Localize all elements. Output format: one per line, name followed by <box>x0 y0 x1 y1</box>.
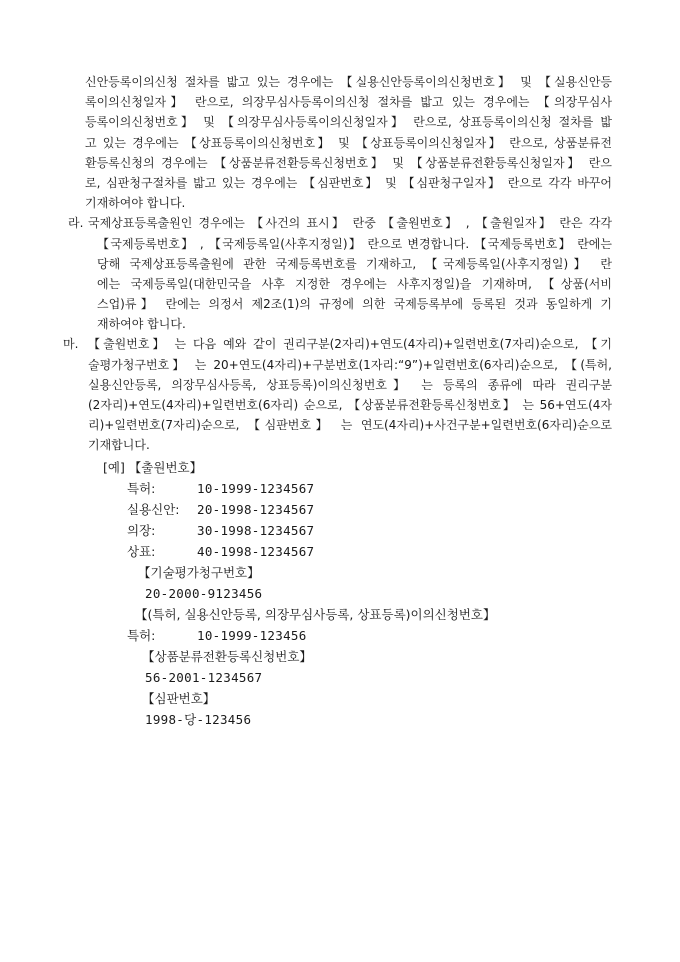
document-page: 신안등록이의신청 절차를 밟고 있는 경우에는 【실용신안등록이의신청번호】 및… <box>0 0 680 962</box>
text-line: 고 있는 경우에는 【상표등록이의신청번호】 및 【상표등록이의신청일자】 란으… <box>85 133 612 153</box>
example-row-label: 특허: <box>127 478 197 499</box>
example-row-value: 10-1999-1234567 <box>197 481 314 496</box>
paragraph-continuation: 신안등록이의신청 절차를 밟고 있는 경우에는 【실용신안등록이의신청번호】 및… <box>64 72 612 213</box>
paragraph-text: 【출원번호】 는 다음 예와 같이 권리구분(2자리)+연도(4자리)+일련번호… <box>88 334 612 455</box>
example-row-patent-opposition: 특허:10-1999-123456 <box>64 625 612 646</box>
text-line: 국제상표등록출원인 경우에는 【사건의 표시】 란중 【출원번호】 , 【출원일… <box>88 213 612 233</box>
text-line: 에는 국제등록일(대한민국을 사후 지정한 경우에는 사후지정일)을 기재하며,… <box>97 274 612 294</box>
text-line: 【국제등록번호】 , 【국제등록일(사후지정일)】 란으로 변경합니다. 【국제… <box>97 234 612 254</box>
text-line: 기재하여야 합니다. <box>85 193 612 213</box>
text-line: 등록이의신청번호】 및 【의장무심사등록이의신청일자】 란으로, 상표등록이의신… <box>85 112 612 132</box>
text-line: 당해 국제상표등록출원에 관한 국제등록번호를 기재하고, 【국제등록일(사후지… <box>97 254 612 274</box>
example-value: 20-2000-9123456 <box>64 583 612 604</box>
example-row-patent: 특허:10-1999-1234567 <box>64 478 612 499</box>
example-subheading-tech-eval: 【기술평가청구번호】 <box>64 562 612 583</box>
example-value: 1998-당-123456 <box>64 709 612 730</box>
text-line: 환등록신청의 경우에는 【상품분류전환등록신청번호】 및 【상품분류전환등록신청… <box>85 153 612 173</box>
example-number: 1998-당-123456 <box>145 712 251 727</box>
example-row-value: 10-1999-123456 <box>197 628 307 643</box>
example-row-label: 실용신안: <box>127 499 197 520</box>
example-row-label: 상표: <box>127 541 197 562</box>
text-line: 로, 심판청구절차를 밟고 있는 경우에는 【심판번호】 및 【심판청구일자】 … <box>85 173 612 193</box>
text-line: 스업)류】 란에는 의정서 제2조(1)의 규정에 의한 국제등록부에 등록된 … <box>97 294 612 314</box>
paragraph-text: 국제상표등록출원인 경우에는 【사건의 표시】 란중 【출원번호】 , 【출원일… <box>97 213 612 334</box>
example-number: 20-2000-9123456 <box>145 586 262 601</box>
text-line: 신안등록이의신청 절차를 밟고 있는 경우에는 【실용신안등록이의신청번호】 및… <box>85 72 612 92</box>
example-number: 56-2001-1234567 <box>145 670 262 685</box>
example-value: 56-2001-1234567 <box>64 667 612 688</box>
example-row-value: 20-1998-1234567 <box>197 502 314 517</box>
example-subheading-class-conversion: 【상품분류전환등록신청번호】 <box>64 646 612 667</box>
example-row-value: 30-1998-1234567 <box>197 523 314 538</box>
paragraph-label: 마. <box>63 334 78 354</box>
example-row-label: 특허: <box>127 625 197 646</box>
example-subheading-trial-number: 【심판번호】 <box>64 688 612 709</box>
paragraph-ra: 라. 국제상표등록출원인 경우에는 【사건의 표시】 란중 【출원번호】 , 【… <box>64 213 612 334</box>
text-line: 기재합니다. <box>88 435 612 455</box>
text-line: (2자리)+연도(4자리)+일련번호(6자리) 순으로, 【상품분류전환등록신청… <box>88 395 612 415</box>
paragraph-label: 라. <box>68 213 83 233</box>
example-row-label: 의장: <box>127 520 197 541</box>
paragraph-text: 신안등록이의신청 절차를 밟고 있는 경우에는 【실용신안등록이의신청번호】 및… <box>85 72 612 213</box>
example-block: [예] 【출원번호】 특허:10-1999-1234567 실용신안:20-19… <box>64 457 612 730</box>
text-line: 록이의신청일자】 란으로, 의장무심사등록이의신청 절차를 밟고 있는 경우에는… <box>85 92 612 112</box>
example-row-trademark: 상표:40-1998-1234567 <box>64 541 612 562</box>
text-line: 리)+일련번호(7자리)순으로, 【심판번호】 는 연도(4자리)+사건구분+일… <box>88 415 612 435</box>
example-subheading-opposition: 【(특허, 실용신안등록, 의장무심사등록, 상표등록)이의신청번호】 <box>64 604 612 625</box>
text-line: 실용신안등록, 의장무심사등록, 상표등록)이의신청번호】 는 등록의 종류에 … <box>88 375 612 395</box>
paragraph-ma: 마. 【출원번호】 는 다음 예와 같이 권리구분(2자리)+연도(4자리)+일… <box>64 334 612 455</box>
example-row-utility-model: 실용신안:20-1998-1234567 <box>64 499 612 520</box>
example-header: [예] 【출원번호】 <box>64 457 612 478</box>
example-row-value: 40-1998-1234567 <box>197 544 314 559</box>
document-content: 신안등록이의신청 절차를 밟고 있는 경우에는 【실용신안등록이의신청번호】 및… <box>64 72 612 730</box>
text-line: 술평가청구번호】 는 20+연도(4자리)+구분번호(1자리:“9”)+일련번호… <box>88 355 612 375</box>
text-line: 재하여야 합니다. <box>97 314 612 334</box>
example-row-design: 의장:30-1998-1234567 <box>64 520 612 541</box>
text-line: 【출원번호】 는 다음 예와 같이 권리구분(2자리)+연도(4자리)+일련번호… <box>88 334 612 354</box>
